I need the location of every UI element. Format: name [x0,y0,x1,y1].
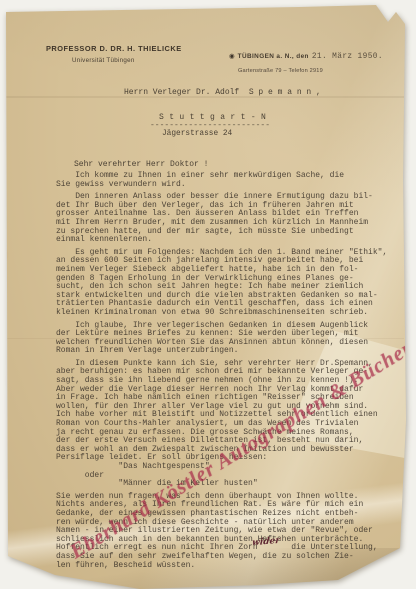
letter-paper: PROFESSOR D. DR. H. THIELICKE Universitä… [0,0,416,589]
recipient-street-line: Jägerstrasse 24 [162,130,232,138]
paper-shadow-wrap: PROFESSOR D. DR. H. THIELICKE Universitä… [0,0,416,589]
letterhead-emblem-icon: ◉ [229,52,235,60]
recipient-name-line: Herrn Verleger Dr. Adolf S p e m a n n , [124,88,321,97]
recipient-city-underline: ------------------------- [150,121,270,130]
body-paragraph: Den inneren Anlass oder besser die inner… [56,193,410,245]
letter-date: 21. März 1950. [312,53,383,61]
salutation: Sehr verehrter Herr Doktor ! [74,160,208,169]
body-paragraph: Ich komme zu Ihnen in einer sehr merkwür… [56,172,410,189]
letterhead-place-printed: TÜBINGEN a. N., den [238,53,309,60]
body-paragraph: Es geht mir um Folgendes: Nachdem ich de… [56,249,410,318]
letterhead-sender-name: PROFESSOR D. DR. H. THIELICKE [46,44,182,53]
red-edge-smudge [0,248,6,262]
letterhead-sender-affiliation: Universität Tübingen [72,57,135,64]
letterhead-street-phone: Gartenstraße 79 – Telefon 2919 [238,68,323,74]
body-paragraph: Ich glaube, Ihre verlegerischen Gedanken… [56,322,410,356]
scanned-letter-page: PROFESSOR D. DR. H. THIELICKE Universitä… [0,0,416,589]
letterhead-place-date: ◉ TÜBINGEN a. N., den 21. März 1950. [229,52,383,61]
